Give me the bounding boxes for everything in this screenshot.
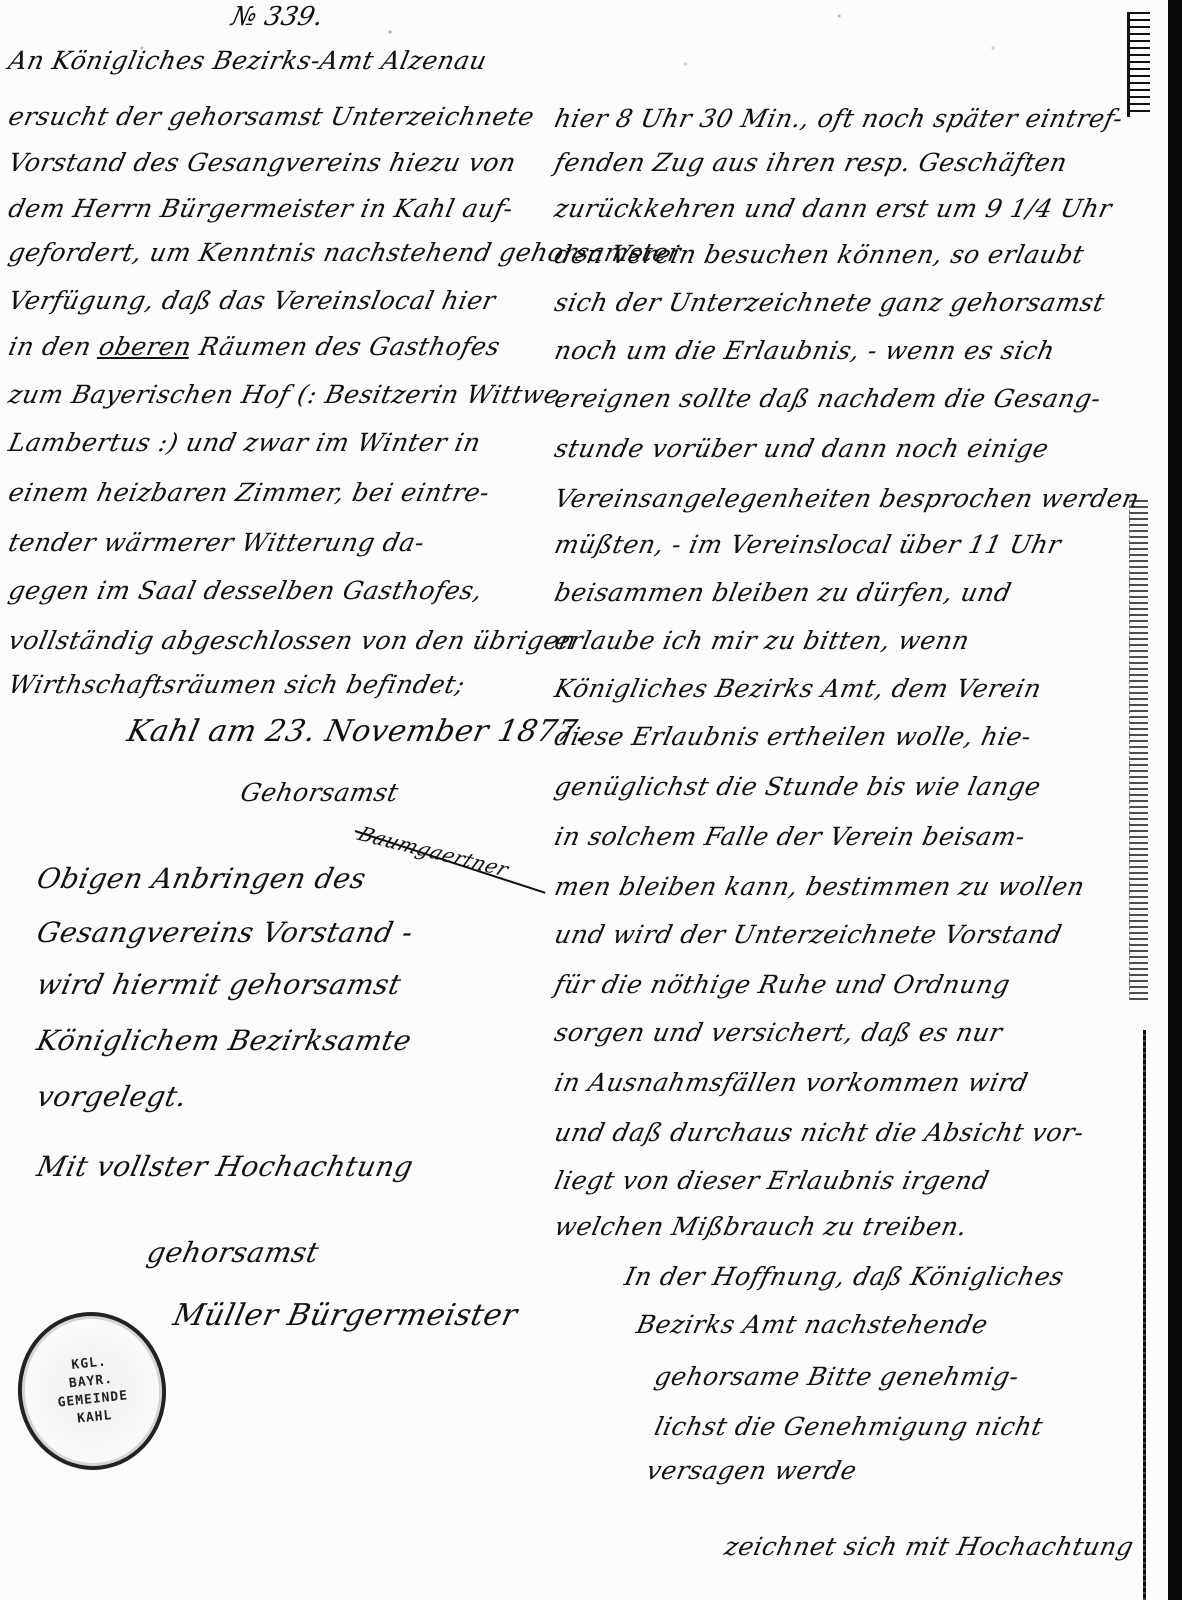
scan-ruler-mark	[1129, 500, 1148, 1000]
letter-line: gegen im Saal desselben Gasthofes,	[6, 576, 485, 605]
letter-line: den Verein besuchen können, so erlaubt	[552, 240, 1087, 269]
closing-line: Gehorsamst	[238, 778, 401, 807]
endorsement-line: Mit vollster Hochachtung	[34, 1150, 416, 1183]
letter-line: müßten, - im Vereinslocal über 11 Uhr	[552, 530, 1064, 559]
stamp-text: KAHL	[76, 1407, 113, 1429]
letter-line: ersucht der gehorsamst Unterzeichnete	[6, 102, 537, 131]
letter-line: Vereinsangelegenheiten besprochen werden	[552, 484, 1142, 513]
letter-line: stunde vorüber und dann noch einige	[552, 434, 1052, 463]
letter-line: und daß durchaus nicht die Absicht vor-	[552, 1118, 1087, 1147]
letter-line: Wirthschaftsräumen sich befindet;	[6, 670, 468, 699]
letter-line: einem heizbaren Zimmer, bei eintre-	[6, 478, 492, 507]
letter-line: liegt von dieser Erlaubnis irgend	[552, 1166, 992, 1195]
endorsement-line: Obigen Anbringen des	[34, 862, 369, 895]
endorsement-line: gehorsamst	[144, 1236, 322, 1269]
letter-line: hier 8 Uhr 30 Min., oft noch später eint…	[552, 104, 1126, 133]
endorsement-line: vorgelegt.	[34, 1080, 190, 1113]
endorsement-line: Königlichem Bezirksamte	[34, 1024, 415, 1057]
document-number: № 339.	[229, 2, 326, 32]
letter-line: dem Herrn Bürgermeister in Kahl auf-	[6, 194, 516, 223]
letter-line: versagen werde	[644, 1456, 860, 1485]
letter-line: diese Erlaubnis ertheilen wolle, hie-	[552, 722, 1034, 751]
letter-line: Verfügung, daß das Vereinslocal hier	[6, 286, 498, 315]
letter-line: noch um die Erlaubnis, - wenn es sich	[552, 336, 1058, 365]
letter-line: sich der Unterzeichnete ganz gehorsamst	[552, 288, 1107, 317]
letter-line: zeichnet sich mit Hochachtung	[722, 1532, 1136, 1561]
letter-line: Bezirks Amt nachstehende	[634, 1310, 991, 1339]
letter-line: in solchem Falle der Verein beisam-	[552, 822, 1028, 851]
letter-line: Lambertus :) und zwar im Winter in	[6, 428, 484, 457]
letter-line: in Ausnahmsfällen vorkommen wird	[552, 1068, 1031, 1097]
letter-line: men bleiben kann, bestimmen zu wollen	[552, 872, 1087, 901]
letter-line: beisammen bleiben zu dürfen, und	[552, 578, 1014, 607]
signature-strike	[355, 830, 546, 894]
signature-crossed: Baumgaertner	[354, 822, 513, 881]
letter-line: Vorstand des Gesangvereins hiezu von	[6, 148, 519, 177]
letter-line: in den oberen Räumen des Gasthofes	[6, 332, 503, 361]
letter-line: welchen Mißbrauch zu treiben.	[552, 1212, 970, 1241]
scan-edge-bar	[1168, 0, 1182, 1600]
date-line: Kahl am 23. November 1877.	[124, 714, 590, 749]
endorsement-line: wird hiermit gehorsamst	[34, 968, 404, 1001]
letter-line: und wird der Unterzeichnete Vorstand	[552, 920, 1065, 949]
letter-line: für die nöthige Ruhe und Ordnung	[552, 970, 1013, 999]
letter-line: vollständig abgeschlossen von den übrige…	[6, 626, 579, 655]
municipal-seal-stamp: KGL. BAYR. GEMEINDE KAHL	[10, 1305, 174, 1478]
letter-line: fenden Zug aus ihren resp. Geschäften	[552, 148, 1070, 177]
letter-line: zum Bayerischen Hof (: Besitzerin Wittwe	[6, 380, 563, 409]
letter-line: In der Hoffnung, daß Königliches	[622, 1262, 1067, 1291]
letter-line: ereignen sollte daß nachdem die Gesang-	[552, 384, 1104, 413]
letter-line: lichst die Genehmigung nicht	[652, 1412, 1046, 1441]
scan-ruler-mark	[1127, 12, 1150, 117]
endorsement-line: Gesangvereins Vorstand -	[34, 916, 416, 949]
page-edge-rule	[1143, 1030, 1146, 1600]
letter-line: sorgen und versichert, daß es nur	[552, 1018, 1005, 1047]
letter-line: zurückkehren und dann erst um 9 1/4 Uhr	[552, 194, 1115, 223]
letter-line: An Königliches Bezirks-Amt Alzenau	[6, 46, 490, 75]
letter-line: tender wärmerer Witterung da-	[6, 528, 427, 557]
letter-line: gehorsame Bitte genehmig-	[652, 1362, 1022, 1391]
letter-line: genüglichst die Stunde bis wie lange	[552, 772, 1044, 801]
letter-line: erlaube ich mir zu bitten, wenn	[552, 626, 972, 655]
mayor-signature: Müller Bürgermeister	[170, 1298, 521, 1333]
letter-line: Königliches Bezirks Amt, dem Verein	[552, 674, 1044, 703]
